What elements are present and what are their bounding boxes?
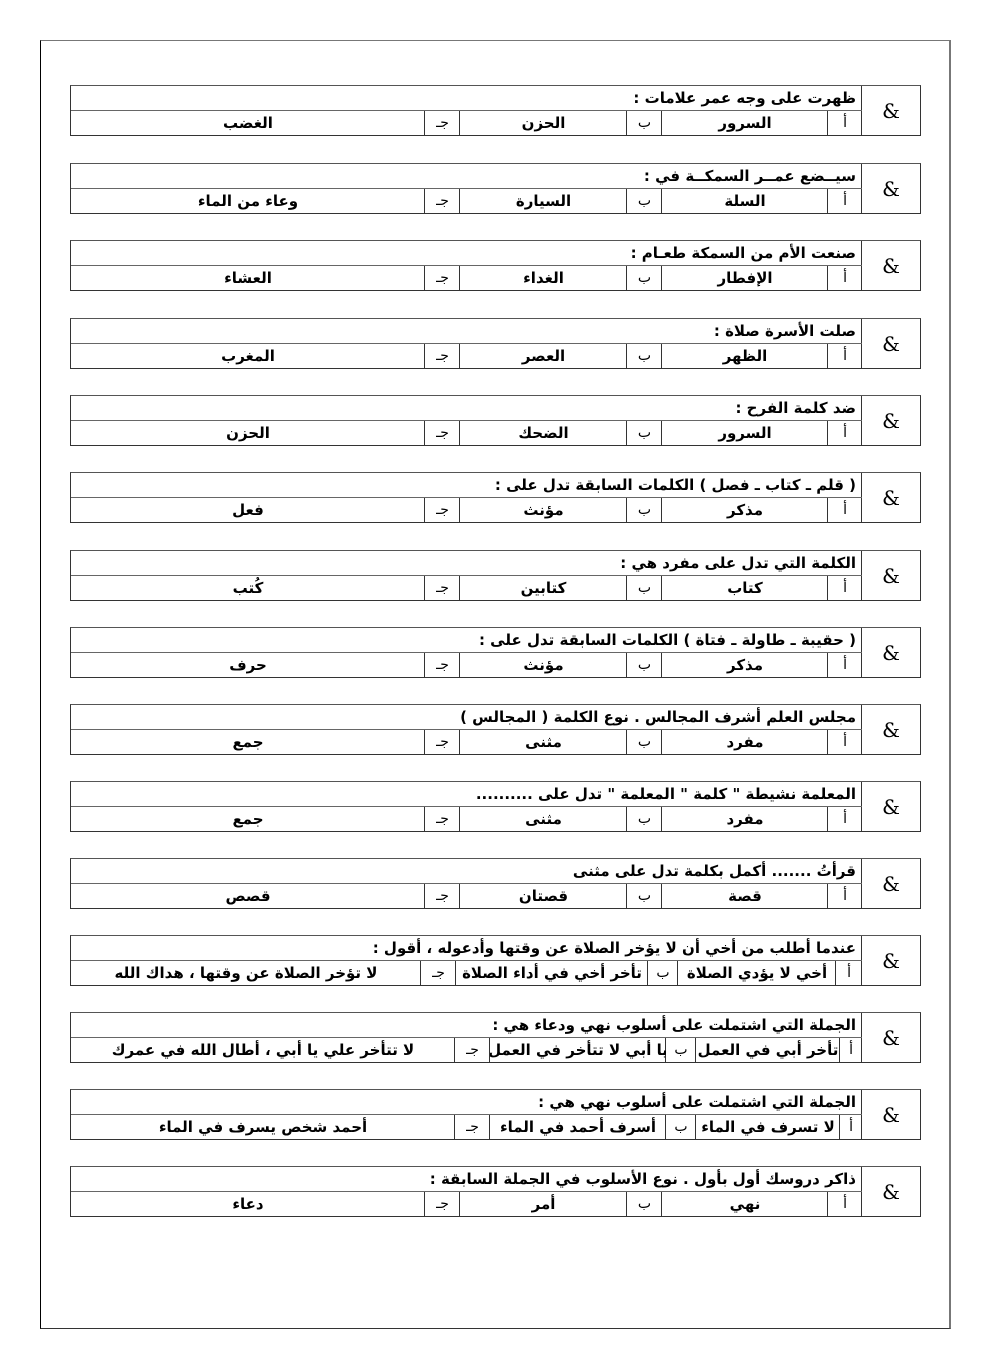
- option-letter-c: جـ: [424, 1192, 460, 1216]
- option-c[interactable]: كُتب: [71, 576, 425, 600]
- answer-row: أمذكربمؤنثجـحرف: [71, 653, 862, 677]
- ampersand-symbol: &: [882, 564, 900, 588]
- question-block: &( حقيبة ـ طاولة ـ فتاة ) الكلمات السابق…: [70, 627, 921, 678]
- option-c[interactable]: لا تؤخر الصلاة عن وقتها ، هداك الله: [71, 961, 421, 985]
- option-letter-c: جـ: [424, 344, 460, 368]
- question-stem: ظهرت على وجه عمر علامات :: [71, 86, 862, 111]
- ampersand-symbol: &: [882, 1103, 900, 1127]
- option-b[interactable]: كتابين: [459, 576, 627, 600]
- option-a[interactable]: قصة: [661, 884, 828, 908]
- answer-row: أمذكربمؤنثجـفعل: [71, 498, 862, 522]
- question-block: &صنعت الأم من السمكة طعـام :أالإفطاربالغ…: [70, 240, 921, 291]
- option-c[interactable]: جمع: [71, 730, 425, 754]
- question-marker: &: [861, 859, 920, 908]
- question-block: &قرأتُ ....... أكمل بكلمة تدل على مثنىأق…: [70, 858, 921, 909]
- option-a[interactable]: السلة: [661, 189, 828, 213]
- question-block: &الجملة التي اشتملت على أسلوب نهي ودعاء …: [70, 1012, 921, 1063]
- option-b[interactable]: مثنى: [459, 730, 627, 754]
- option-letter-a: أ: [827, 421, 862, 445]
- option-letter-a: أ: [827, 111, 862, 135]
- question-block: &ذاكر دروسك أول بأول . نوع الأسلوب في ال…: [70, 1166, 921, 1217]
- option-c[interactable]: العشاء: [71, 266, 425, 290]
- option-letter-a: أ: [839, 1038, 862, 1062]
- question-marker: &: [861, 319, 920, 368]
- option-letter-b: ب: [626, 576, 662, 600]
- option-b[interactable]: أسرف أحمد في الماء: [489, 1115, 666, 1139]
- option-b[interactable]: مثنى: [459, 807, 627, 831]
- answer-row: ألا تسرف في الماءبأسرف أحمد في الماءجـأح…: [71, 1115, 862, 1139]
- option-c[interactable]: جمع: [71, 807, 425, 831]
- answer-row: أالظهربالعصرجـالمغرب: [71, 344, 862, 368]
- option-letter-b: ب: [626, 111, 662, 135]
- option-c[interactable]: حرف: [71, 653, 425, 677]
- option-b[interactable]: العصر: [459, 344, 627, 368]
- option-letter-a: أ: [827, 576, 862, 600]
- question-stem: صنعت الأم من السمكة طعـام :: [71, 241, 862, 266]
- option-a[interactable]: لا تسرف في الماء: [695, 1115, 840, 1139]
- ampersand-symbol: &: [882, 872, 900, 896]
- option-letter-a: أ: [827, 344, 862, 368]
- option-letter-c: جـ: [424, 498, 460, 522]
- option-a[interactable]: كتاب: [661, 576, 828, 600]
- question-stem: ضد كلمة الفرح :: [71, 396, 862, 421]
- option-letter-a: أ: [827, 730, 862, 754]
- ampersand-symbol: &: [882, 177, 900, 201]
- option-c[interactable]: وعاء من الماء: [71, 189, 425, 213]
- option-letter-c: جـ: [424, 807, 460, 831]
- answer-row: أكتاببكتابينجـكُتب: [71, 576, 862, 600]
- question-marker: &: [861, 164, 920, 213]
- option-c[interactable]: دعاء: [71, 1192, 425, 1216]
- question-stem: عندما أطلب من أخي أن لا يؤخر الصلاة عن و…: [71, 936, 862, 961]
- option-letter-b: ب: [626, 189, 662, 213]
- option-letter-b: ب: [626, 730, 662, 754]
- answer-row: أالسلةبالسيارةجـوعاء من الماء: [71, 189, 862, 213]
- option-letter-b: ب: [665, 1038, 696, 1062]
- option-a[interactable]: تأخر أبي في العمل: [695, 1038, 840, 1062]
- question-stem: مجلس العلم أشرف المجالس . نوع الكلمة ( ا…: [71, 705, 862, 730]
- answer-row: أأخي لا يؤدي الصلاةبتأخر أخي في أداء الص…: [71, 961, 862, 985]
- option-a[interactable]: مذكر: [661, 653, 828, 677]
- option-b[interactable]: قصتان: [459, 884, 627, 908]
- answer-row: أمفردبمثنىجـجمع: [71, 730, 862, 754]
- option-c[interactable]: الغضب: [71, 111, 425, 135]
- question-marker: &: [861, 396, 920, 445]
- option-a[interactable]: نهي: [661, 1192, 828, 1216]
- option-letter-b: ب: [626, 266, 662, 290]
- option-letter-b: ب: [626, 498, 662, 522]
- option-c[interactable]: أحمد شخص يسرف في الماء: [71, 1115, 455, 1139]
- ampersand-symbol: &: [882, 1026, 900, 1050]
- option-b[interactable]: مؤنث: [459, 653, 627, 677]
- option-a[interactable]: الإفطار: [661, 266, 828, 290]
- question-block: &( قلم ـ كتاب ـ فصل ) الكلمات السابقة تد…: [70, 472, 921, 523]
- question-marker: &: [861, 1167, 920, 1216]
- option-letter-b: ب: [665, 1115, 696, 1139]
- option-a[interactable]: مفرد: [661, 807, 828, 831]
- option-a[interactable]: السرور: [661, 111, 828, 135]
- question-block: &المعلمة نشيطة " كلمة " المعلمة " تدل عل…: [70, 781, 921, 832]
- option-a[interactable]: الظهر: [661, 344, 828, 368]
- option-b[interactable]: مؤنث: [459, 498, 627, 522]
- ampersand-symbol: &: [882, 795, 900, 819]
- ampersand-symbol: &: [882, 254, 900, 278]
- option-a[interactable]: مذكر: [661, 498, 828, 522]
- option-letter-b: ب: [626, 344, 662, 368]
- option-c[interactable]: المغرب: [71, 344, 425, 368]
- option-letter-a: أ: [827, 189, 862, 213]
- option-letter-a: أ: [827, 807, 862, 831]
- question-block: &مجلس العلم أشرف المجالس . نوع الكلمة ( …: [70, 704, 921, 755]
- option-letter-c: جـ: [420, 961, 456, 985]
- option-letter-c: جـ: [424, 111, 460, 135]
- option-b[interactable]: أمر: [459, 1192, 627, 1216]
- question-block: &سيــضع عمــر السمكــة في :أالسلةبالسيار…: [70, 163, 921, 214]
- question-block: &صلت الأسرة صلاة :أالظهربالعصرجـالمغرب: [70, 318, 921, 369]
- question-block: &ظهرت على وجه عمر علامات :أالسروربالحزنج…: [70, 85, 921, 136]
- option-letter-a: أ: [835, 961, 862, 985]
- question-marker: &: [861, 628, 920, 677]
- question-stem: ذاكر دروسك أول بأول . نوع الأسلوب في الج…: [71, 1167, 862, 1192]
- question-stem: قرأتُ ....... أكمل بكلمة تدل على مثنى: [71, 859, 862, 884]
- option-letter-b: ب: [626, 807, 662, 831]
- option-letter-c: جـ: [424, 266, 460, 290]
- question-marker: &: [861, 705, 920, 754]
- option-a[interactable]: السرور: [661, 421, 828, 445]
- option-b[interactable]: السيارة: [459, 189, 627, 213]
- question-marker: &: [861, 1013, 920, 1062]
- option-b[interactable]: الحزن: [459, 111, 627, 135]
- question-marker: &: [861, 473, 920, 522]
- ampersand-symbol: &: [882, 332, 900, 356]
- answer-row: أتأخر أبي في العملبيا أبي لا تتأخر في ال…: [71, 1038, 862, 1062]
- option-letter-a: أ: [839, 1115, 862, 1139]
- option-a[interactable]: أخي لا يؤدي الصلاة: [677, 961, 836, 985]
- question-marker: &: [861, 936, 920, 985]
- ampersand-symbol: &: [882, 486, 900, 510]
- option-letter-a: أ: [827, 498, 862, 522]
- option-a[interactable]: مفرد: [661, 730, 828, 754]
- question-marker: &: [861, 86, 920, 135]
- option-letter-c: جـ: [424, 653, 460, 677]
- ampersand-symbol: &: [882, 641, 900, 665]
- option-letter-b: ب: [626, 884, 662, 908]
- question-stem: ( حقيبة ـ طاولة ـ فتاة ) الكلمات السابقة…: [71, 628, 862, 653]
- question-marker: &: [861, 782, 920, 831]
- option-b[interactable]: الغداء: [459, 266, 627, 290]
- answer-row: أالسروربالضحكجـالحزن: [71, 421, 862, 445]
- question-stem: الكلمة التي تدل على مفرد هي :: [71, 551, 862, 576]
- option-letter-b: ب: [626, 653, 662, 677]
- option-letter-c: جـ: [424, 421, 460, 445]
- answer-row: أقصةبقصتانجـقصص: [71, 884, 862, 908]
- option-letter-a: أ: [827, 1192, 862, 1216]
- question-stem: الجملة التي اشتملت على أسلوب نهي هي :: [71, 1090, 862, 1115]
- ampersand-symbol: &: [882, 409, 900, 433]
- ampersand-symbol: &: [882, 949, 900, 973]
- question-stem: صلت الأسرة صلاة :: [71, 319, 862, 344]
- question-block: &الكلمة التي تدل على مفرد هي :أكتاببكتاب…: [70, 550, 921, 601]
- answer-row: أالسروربالحزنجـالغضب: [71, 111, 862, 135]
- question-block: &الجملة التي اشتملت على أسلوب نهي هي :أل…: [70, 1089, 921, 1140]
- question-stem: الجملة التي اشتملت على أسلوب نهي ودعاء ه…: [71, 1013, 862, 1038]
- option-letter-c: جـ: [424, 884, 460, 908]
- answer-row: أنهيبأمرجـدعاء: [71, 1192, 862, 1216]
- ampersand-symbol: &: [882, 1180, 900, 1204]
- option-letter-c: جـ: [454, 1038, 490, 1062]
- option-letter-a: أ: [827, 653, 862, 677]
- option-letter-c: جـ: [424, 189, 460, 213]
- question-block: &عندما أطلب من أخي أن لا يؤخر الصلاة عن …: [70, 935, 921, 986]
- question-marker: &: [861, 241, 920, 290]
- option-letter-b: ب: [626, 1192, 662, 1216]
- option-letter-c: جـ: [424, 576, 460, 600]
- option-c[interactable]: قصص: [71, 884, 425, 908]
- option-letter-a: أ: [827, 266, 862, 290]
- option-letter-b: ب: [626, 421, 662, 445]
- option-c[interactable]: فعل: [71, 498, 425, 522]
- option-letter-a: أ: [827, 884, 862, 908]
- option-b[interactable]: يا أبي لا تتأخر في العمل: [489, 1038, 666, 1062]
- ampersand-symbol: &: [882, 99, 900, 123]
- answer-row: أالإفطاربالغداءجـالعشاء: [71, 266, 862, 290]
- option-b[interactable]: الضحك: [459, 421, 627, 445]
- question-stem: المعلمة نشيطة " كلمة " المعلمة " تدل على…: [71, 782, 862, 807]
- option-letter-c: جـ: [424, 730, 460, 754]
- question-marker: &: [861, 1090, 920, 1139]
- ampersand-symbol: &: [882, 718, 900, 742]
- question-stem: ( قلم ـ كتاب ـ فصل ) الكلمات السابقة تدل…: [71, 473, 862, 498]
- question-marker: &: [861, 551, 920, 600]
- option-letter-b: ب: [647, 961, 678, 985]
- answer-row: أمفردبمثنىجـجمع: [71, 807, 862, 831]
- option-c[interactable]: لا تتأخر علي يا أبي ، أطال الله في عمرك: [71, 1038, 455, 1062]
- question-block: &ضد كلمة الفرح :أالسروربالضحكجـالحزن: [70, 395, 921, 446]
- option-b[interactable]: تأخر أخي في أداء الصلاة: [455, 961, 648, 985]
- option-c[interactable]: الحزن: [71, 421, 425, 445]
- option-letter-c: جـ: [454, 1115, 490, 1139]
- question-stem: سيــضع عمــر السمكــة في :: [71, 164, 862, 189]
